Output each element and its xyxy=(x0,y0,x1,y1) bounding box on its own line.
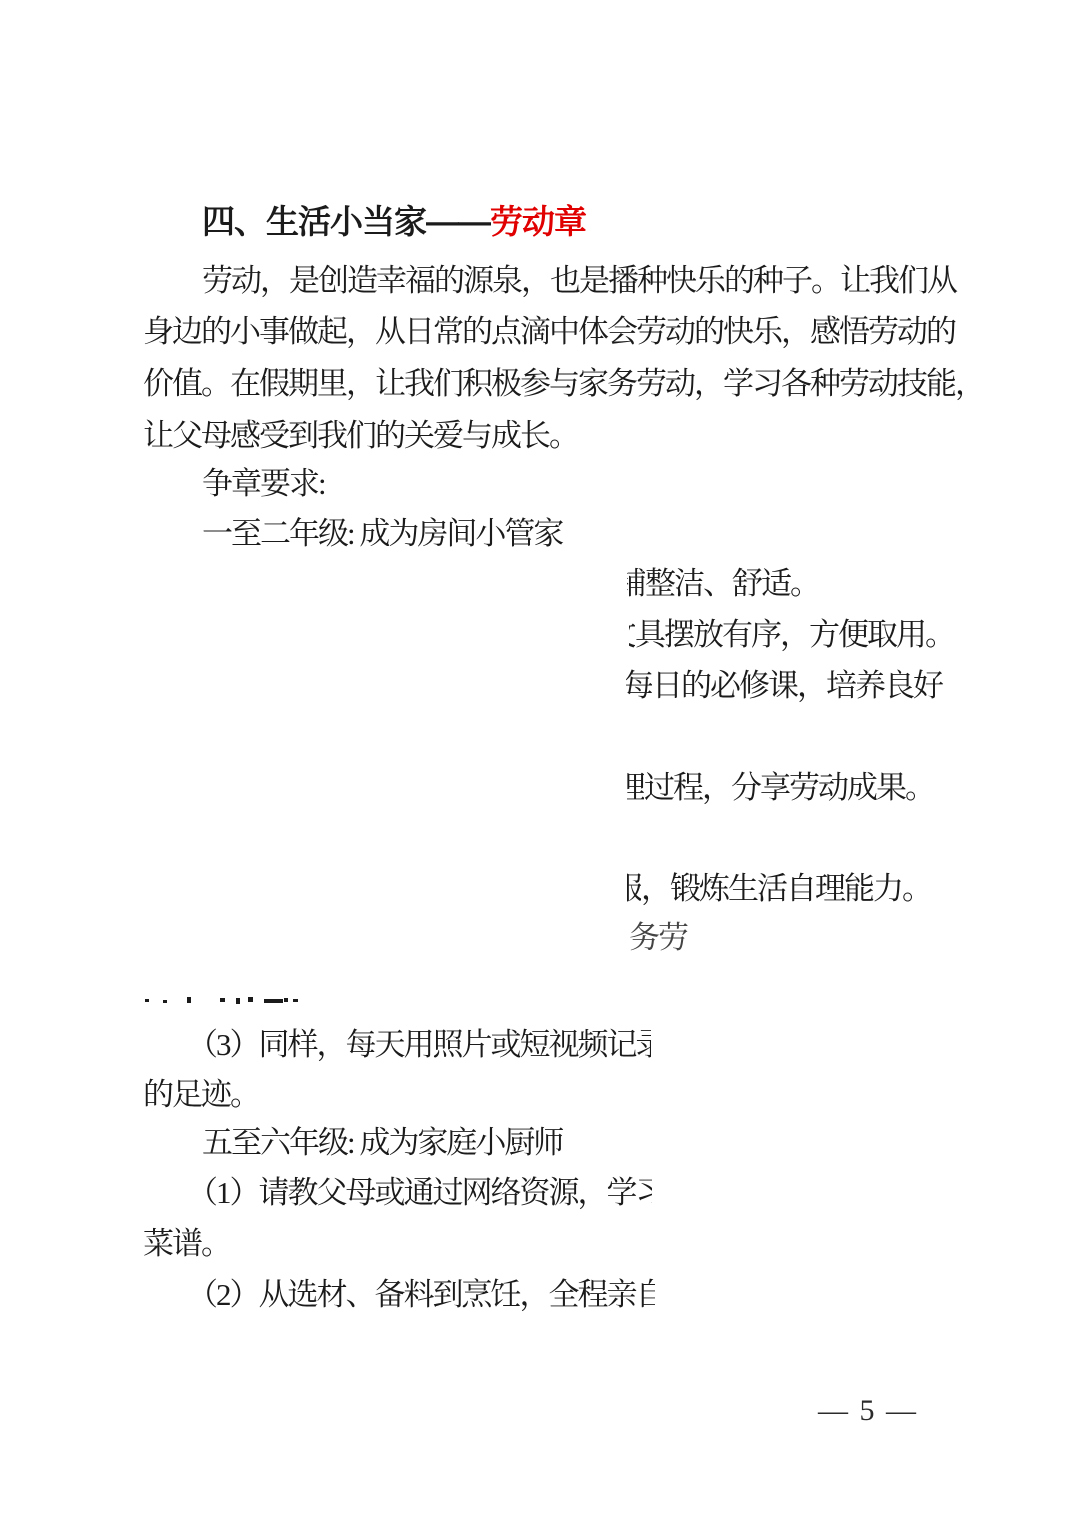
line-text: 整洁、舒适。 xyxy=(645,566,819,601)
text-line: 价值。在假期里，让我们积极参与家务劳动，学习各种劳动技能， xyxy=(143,366,984,402)
line-text: 务劳 xyxy=(629,920,687,955)
section-title: 四、生活小当家——劳动章 xyxy=(202,196,586,243)
text-line: 每日的必修课，培养良好 xyxy=(626,668,942,704)
line-text: ，锻炼生活自理能力。 xyxy=(641,871,931,906)
line-text: 的足迹。 xyxy=(143,1077,259,1112)
line-text: 争章要求: xyxy=(202,466,325,501)
partial-glyph-right: 自 xyxy=(636,1277,655,1313)
text-fragment-mark xyxy=(264,999,283,1003)
text-line: 服，锻炼生活自理能力。 xyxy=(627,871,931,907)
line-text: 劳动，是创造幸福的源泉，也是播种快乐的种子。让我们从 xyxy=(202,263,956,298)
text-fragment-mark xyxy=(284,998,288,1002)
line-text: 价值。在假期里，让我们积极参与家务劳动，学习各种劳动技能， xyxy=(143,366,984,401)
partial-glyph-right: 录 xyxy=(636,1027,651,1063)
text-fragment-mark xyxy=(236,998,240,1004)
text-line: 劳动，是创造幸福的源泉，也是播种快乐的种子。让我们从 xyxy=(202,263,956,299)
document-page: 四、生活小当家——劳动章 劳动，是创造幸福的源泉，也是播种快乐的种子。让我们从身… xyxy=(0,0,1080,1527)
text-line: 铺整洁、舒适。 xyxy=(627,566,819,602)
text-line: 菜谱。 xyxy=(143,1226,230,1262)
line-text: 让父母感受到我们的关爱与成长。 xyxy=(143,418,578,453)
line-text: （1）请教父母或通过网络资源，学 xyxy=(187,1175,636,1210)
line-text: 身边的小事做起，从日常的点滴中体会劳动的快乐，感悟劳动的 xyxy=(143,314,955,349)
text-line: （1）请教父母或通过网络资源，学习 xyxy=(187,1175,652,1211)
text-line: （3）同样，每天用照片或短视频记录 xyxy=(187,1027,651,1063)
partial-glyph-left: 每 xyxy=(626,668,652,704)
text-line: 让父母感受到我们的关爱与成长。 xyxy=(143,418,578,454)
text-fragment-mark xyxy=(248,997,253,1002)
text-line: 理过程，分享劳动成果。 xyxy=(627,770,934,806)
text-fragment-mark xyxy=(145,999,149,1002)
partial-glyph-left: 服 xyxy=(627,871,641,907)
page-number: — 5 — xyxy=(818,1394,918,1428)
line-text: （2）从选材、备料到烹饪，全程亲 xyxy=(187,1277,636,1312)
line-text: 五至六年级: 成为家庭小厨师 xyxy=(202,1125,562,1160)
line-text: （3）同样，每天用照片或短视频记 xyxy=(187,1027,636,1062)
section-title-black: 四、生活小当家—— xyxy=(202,203,490,240)
line-text: 菜谱。 xyxy=(143,1226,230,1261)
text-line: 一至二年级: 成为房间小管家 xyxy=(202,516,562,552)
text-line: 的足迹。 xyxy=(143,1077,259,1113)
text-line: （2）从选材、备料到烹饪，全程亲自 xyxy=(187,1277,655,1313)
line-text: 一至二年级: 成为房间小管家 xyxy=(202,516,562,551)
text-fragment-mark xyxy=(293,999,298,1002)
text-fragment-mark xyxy=(163,1000,167,1003)
partial-glyph-left: 理 xyxy=(627,770,644,806)
partial-glyph-right: 习 xyxy=(636,1175,652,1211)
text-line: 文具摆放有序，方便取用。 xyxy=(629,617,954,653)
text-line: 务劳 xyxy=(629,920,687,956)
text-line: 身边的小事做起，从日常的点滴中体会劳动的快乐，感悟劳动的 xyxy=(143,314,955,350)
line-text: 日的必修课，培养良好 xyxy=(652,668,942,703)
text-line: 争章要求: xyxy=(202,466,325,502)
line-text: 具摆放有序，方便取用。 xyxy=(635,617,954,652)
partial-glyph-left: 铺 xyxy=(627,566,645,602)
text-fragment-mark xyxy=(220,998,225,1002)
text-fragment-mark xyxy=(187,997,191,1003)
text-line: 五至六年级: 成为家庭小厨师 xyxy=(202,1125,562,1161)
section-title-red: 劳动章 xyxy=(490,203,586,240)
line-text: 过程，分享劳动成果。 xyxy=(644,770,934,805)
